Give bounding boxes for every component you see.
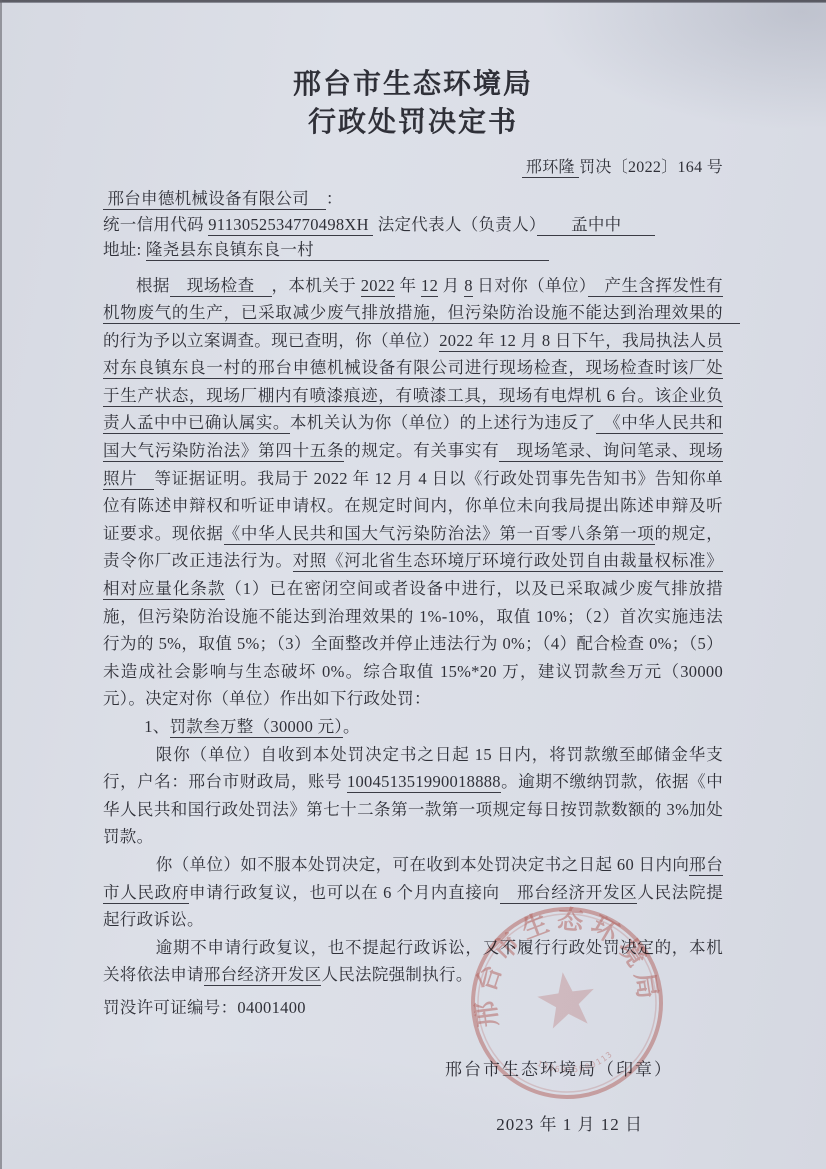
underlined-text: 《中华人民共和国大气污染防治法》第一百零八条第一项 (224, 524, 655, 545)
underlined-text: 邢台经济开发区 (500, 883, 638, 904)
underlined-text: 现场检查 (170, 276, 272, 297)
text-run: 罚决〔2022〕164 号 (579, 159, 723, 176)
address-line: 地址: 隆尧县东良镇东良一村 (103, 237, 723, 263)
document-subtitle: 行政处罚决定书 (103, 104, 723, 142)
text-run: ，本机关于 (272, 276, 361, 295)
text-run: 统一信用代码 (103, 215, 208, 234)
document-title: 邢台市生态环境局 (103, 66, 723, 104)
text-run: 你（单位）如不服本处罚决定，可在收到本处罚决定书之日起 60 日内向 (156, 855, 689, 874)
text-run: 罚没许可证编号：04001400 (103, 998, 306, 1017)
text-run: 法定代表人（负责人） (373, 215, 537, 234)
para-item1: 1、罚款叁万整（30000 元）。 (103, 713, 723, 741)
underlined-text: 8 (464, 276, 473, 297)
text-run: 的规定。有关事实有 (344, 441, 499, 460)
issuer-signature: 邢台市生态环境局（印章） (103, 1058, 723, 1082)
underlined-text: 邢台申德机械设备有限公司 (103, 189, 326, 210)
para-payment: 限你（单位）自收到本处罚决定书之日起 15 日内，将罚款缴至邮储金华支行，户名：… (103, 741, 723, 851)
document-body: 邢环隆 罚决〔2022〕164 号 邢台申德机械设备有限公司 ：统一信用代码 9… (103, 156, 723, 1022)
document: 邢台市生态环境局 行政处罚决定书 邢环隆 罚决〔2022〕164 号 邢台申德机… (103, 66, 723, 1137)
text-run: 。 (343, 717, 360, 736)
text-run: 日对你（单位） (473, 276, 588, 295)
text-run: 人民法院强制执行。 (321, 965, 472, 984)
license-line: 罚没许可证编号：04001400 (103, 994, 723, 1022)
recipient-line: 邢台申德机械设备有限公司 ： (103, 186, 723, 212)
para-review: 你（单位）如不服本处罚决定，可在收到本处罚决定书之日起 60 日内向邢台市人民政… (103, 851, 723, 934)
text-run: 年 (395, 276, 421, 295)
text-run: 1、 (144, 717, 169, 736)
credit-line: 统一信用代码 9113052534770498XH 法定代表人（负责人） 孟中中 (103, 212, 723, 238)
underlined-text: 12 (421, 276, 438, 297)
text-run: 月 (438, 276, 464, 295)
doc-number: 邢环隆 罚决〔2022〕164 号 (103, 156, 723, 180)
underlined-text: 邢台经济开发区 (204, 965, 322, 986)
text-run: 申请行政复议，也可以在 6 个月内直接向 (189, 883, 500, 902)
text-run: 本机关认为你（单位）的上述行为违反了 (290, 413, 596, 432)
underlined-text: 9113052534770498XH (208, 215, 373, 236)
underlined-text: 2022 (361, 276, 395, 297)
text-run: 地址: (103, 240, 146, 259)
issue-date: 2023 年 1 月 12 日 (103, 1113, 723, 1137)
page-top-edge-shadow (0, 0, 826, 3)
text-run: ： (326, 189, 343, 208)
text-run: 的行为予以立案调查。现已查明，你（单位） (103, 331, 439, 350)
underlined-text: 孟中中 (537, 215, 655, 236)
para-enforce: 逾期不申请行政复议，也不提起行政诉讼，又不履行行政处罚决定的，本机关将依法申请邢… (103, 934, 723, 989)
text-run: 根据 (136, 276, 170, 295)
underlined-text: 100451351990018888 (347, 772, 501, 793)
scanned-document-page: { "colors": { "paper": "#dadde6", "ink":… (0, 0, 826, 1169)
para-facts: 根据 现场检查 ，本机关于 2022 年 12 月 8 日对你（单位） 产生含挥… (103, 272, 723, 714)
page-left-edge-shadow (0, 0, 2, 1169)
underlined-text: 隆尧县东良镇东良一村 (146, 240, 549, 261)
underlined-text: 罚款叁万整（30000 元） (170, 717, 343, 738)
underlined-text: 邢环隆 (522, 159, 580, 178)
